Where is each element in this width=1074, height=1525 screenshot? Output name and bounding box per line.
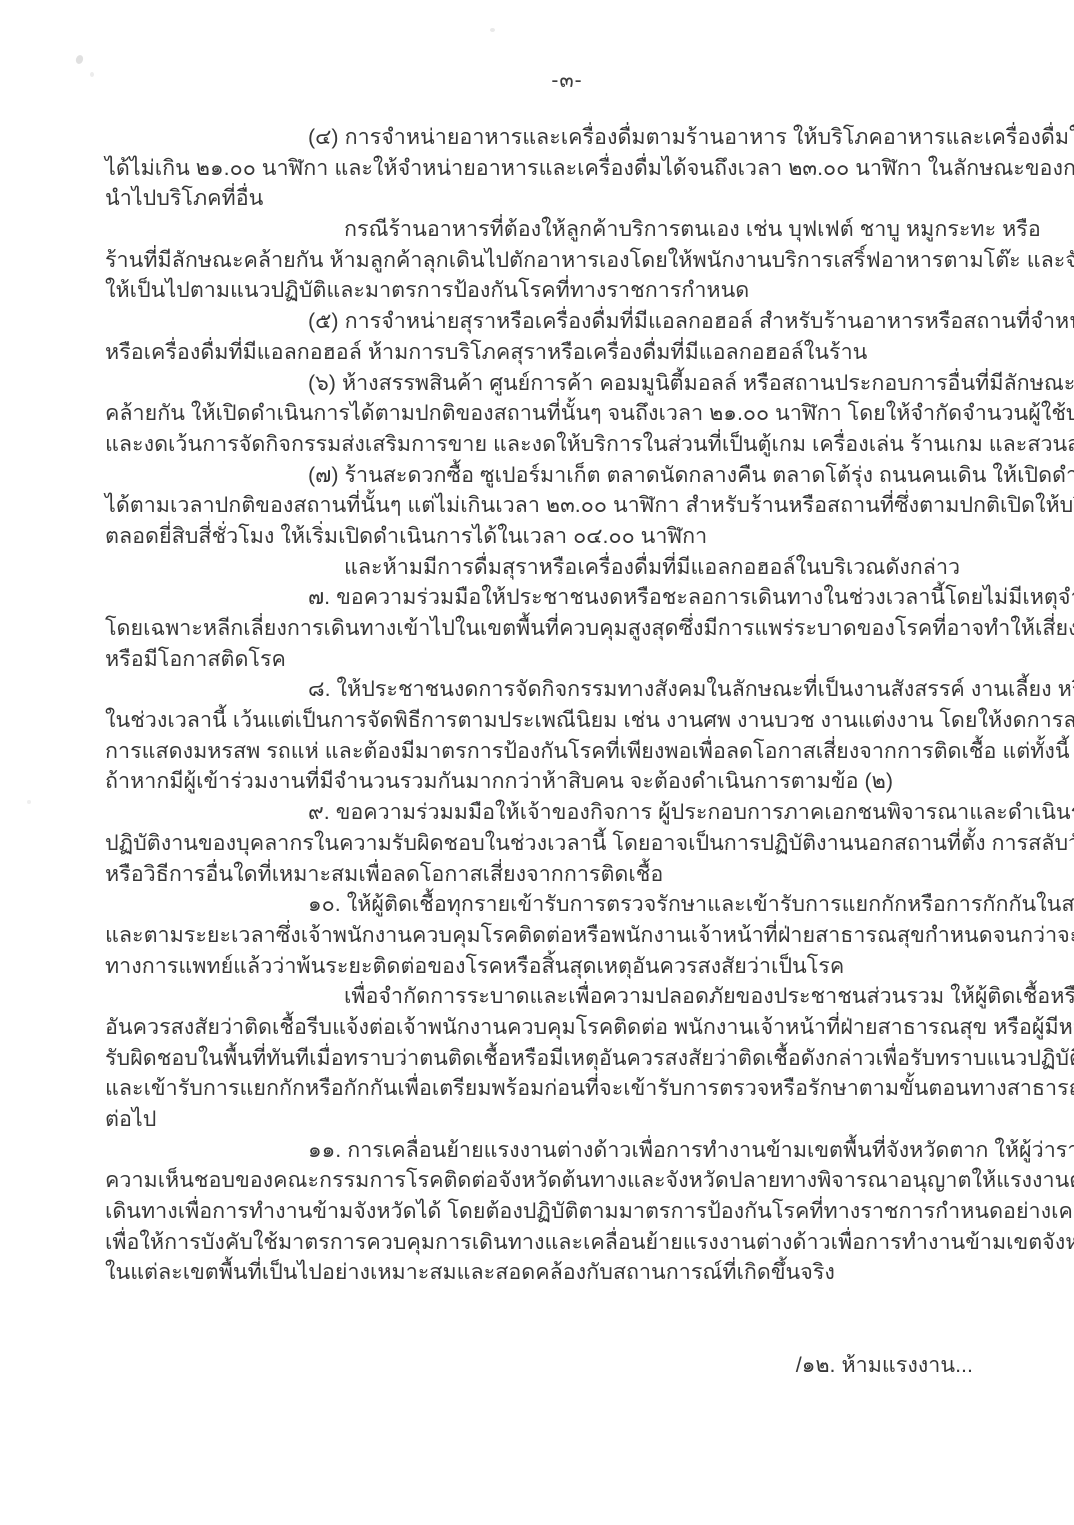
text-line: นำไปบริโภคที่อื่น xyxy=(105,183,990,214)
continuation-note: /๑๒. ห้ามแรงงาน... xyxy=(796,1348,973,1382)
text-line: การแสดงมหรสพ รถแห่ และต้องมีมาตรการป้องก… xyxy=(105,736,990,767)
text-line: โดยเฉพาะหลีกเลี่ยงการเดินทางเข้าไปในเขตพ… xyxy=(105,613,990,644)
text-line: ๗. ขอความร่วมมือให้ประชาชนงดหรือชะลอการเ… xyxy=(105,582,990,613)
scan-speck xyxy=(490,28,495,32)
document-lines: (๔) การจำหน่ายอาหารและเครื่องดื่มตามร้าน… xyxy=(105,122,990,1288)
text-line: ๑๐. ให้ผู้ติดเชื้อทุกรายเข้ารับการตรวจรั… xyxy=(105,889,990,920)
page-number: -๓- xyxy=(551,64,582,97)
text-line: อันควรสงสัยว่าติดเชื้อรีบแจ้งต่อเจ้าพนัก… xyxy=(105,1012,990,1043)
text-line: และเข้ารับการแยกกักหรือกักกันเพื่อเตรียม… xyxy=(105,1073,990,1104)
scan-speck xyxy=(27,800,31,804)
text-line: (๗) ร้านสะดวกซื้อ ซูเปอร์มาเก็ต ตลาดนัดก… xyxy=(105,460,990,491)
document-page: -๓- (๔) การจำหน่ายอาหารและเครื่องดื่มตาม… xyxy=(0,0,1074,1525)
text-line: หรือวิธีการอื่นใดที่เหมาะสมเพื่อลดโอกาสเ… xyxy=(105,859,990,890)
text-line: ในแต่ละเขตพื้นที่เป็นไปอย่างเหมาะสมและสอ… xyxy=(105,1257,990,1288)
text-line: ร้านที่มีลักษณะคล้ายกัน ห้ามลูกค้าลุกเดิ… xyxy=(105,245,990,276)
text-line: ความเห็นชอบของคณะกรรมการโรคติดต่อจังหวัด… xyxy=(105,1165,990,1196)
text-line: รับผิดชอบในพื้นที่ทันทีเมื่อทราบว่าตนติด… xyxy=(105,1043,990,1074)
text-line: ให้เป็นไปตามแนวปฏิบัติและมาตรการป้องกันโ… xyxy=(105,275,990,306)
text-line: และตามระยะเวลาซึ่งเจ้าพนักงานควบคุมโรคติ… xyxy=(105,920,990,951)
text-line: ได้ตามเวลาปกติของสถานที่นั้นๆ แต่ไม่เกิน… xyxy=(105,490,990,521)
text-line: หรือเครื่องดื่มที่มีแอลกอฮอล์ ห้ามการบริ… xyxy=(105,337,990,368)
text-line: เพื่อจำกัดการระบาดและเพื่อความปลอดภัยของ… xyxy=(105,981,990,1012)
text-line: ๙. ขอความร่วมมมือให้เจ้าของกิจการ ผู้ประ… xyxy=(105,797,990,828)
text-line: ในช่วงเวลานี้ เว้นแต่เป็นการจัดพิธีการตา… xyxy=(105,705,990,736)
text-line: ตลอดยี่สิบสี่ชั่วโมง ให้เริ่มเปิดดำเนินก… xyxy=(105,521,990,552)
scan-speck xyxy=(90,72,94,77)
text-line: ต่อไป xyxy=(105,1104,990,1135)
text-line: กรณีร้านอาหารที่ต้องให้ลูกค้าบริการตนเอง… xyxy=(105,214,990,245)
scan-speck xyxy=(75,54,85,65)
text-line: เดินทางเพื่อการทำงานข้ามจังหวัดได้ โดยต้… xyxy=(105,1196,990,1227)
text-line: และห้ามมีการดื่มสุราหรือเครื่องดื่มที่มี… xyxy=(105,552,990,583)
text-line: ทางการแพทย์แล้วว่าพ้นระยะติดต่อของโรคหรื… xyxy=(105,951,990,982)
text-line: (๕) การจำหน่ายสุราหรือเครื่องดื่มที่มีแอ… xyxy=(105,306,990,337)
text-line: หรือมีโอกาสติดโรค xyxy=(105,644,990,675)
text-line: ๘. ให้ประชาชนงดการจัดกิจกรรมทางสังคมในลั… xyxy=(105,674,990,705)
text-line: ปฏิบัติงานของบุคลากรในความรับผิดชอบในช่ว… xyxy=(105,828,990,859)
text-line: ๑๑. การเคลื่อนย้ายแรงงานต่างด้าวเพื่อการ… xyxy=(105,1135,990,1166)
text-line: ถ้าหากมีผู้เข้าร่วมงานที่มีจำนวนรวมกันมา… xyxy=(105,766,990,797)
text-line: (๔) การจำหน่ายอาหารและเครื่องดื่มตามร้าน… xyxy=(105,122,990,153)
text-line: และงดเว้นการจัดกิจกรรมส่งเสริมการขาย และ… xyxy=(105,429,990,460)
text-line: (๖) ห้างสรรพสินค้า ศูนย์การค้า คอมมูนิตี… xyxy=(105,368,990,399)
text-line: เพื่อให้การบังคับใช้มาตรการควบคุมการเดิน… xyxy=(105,1227,990,1258)
text-line: ได้ไม่เกิน ๒๑.๐๐ นาฬิกา และให้จำหน่ายอาห… xyxy=(105,153,990,184)
text-line: คล้ายกัน ให้เปิดดำเนินการได้ตามปกติของสถ… xyxy=(105,398,990,429)
